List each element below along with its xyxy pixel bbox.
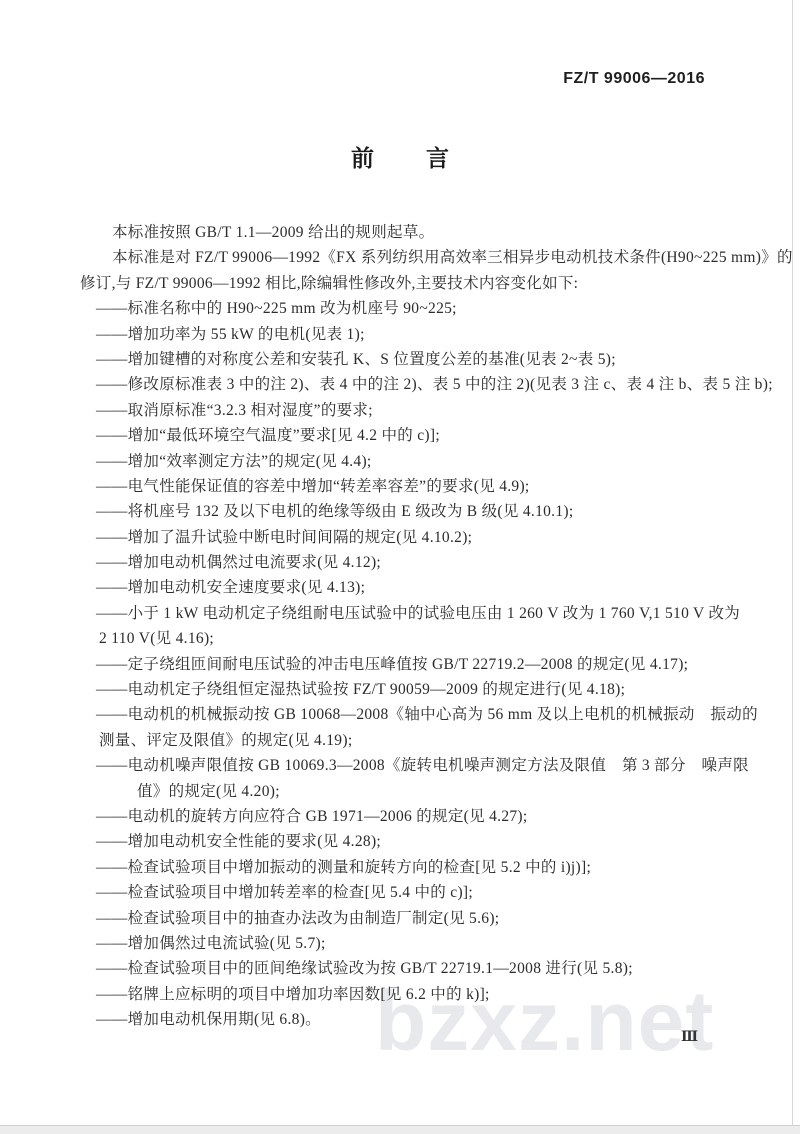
text-line: ——修改原标准表 3 中的注 2)、表 4 中的注 2)、表 5 中的注 2)(… <box>0 372 800 397</box>
text-line: ——检查试验项目中的抽查办法改为由制造厂制定(见 5.6); <box>0 906 800 931</box>
page-bottom-edge <box>0 1125 800 1134</box>
text-line: ——增加键槽的对称度公差和安装孔 K、S 位置度公差的基准(见表 2~表 5); <box>0 347 800 372</box>
text-line: 值》的规定(见 4.20); <box>0 779 800 804</box>
document-page: FZ/T 99006—2016 前言 bzxz.net 本标准按照 GB/T 1… <box>0 0 800 1134</box>
standard-number: FZ/T 99006—2016 <box>563 70 705 88</box>
text-line: ——增加了温升试验中断电时间间隔的规定(见 4.10.2); <box>0 525 800 550</box>
text-line: 修订,与 FZ/T 99006—1992 相比,除编辑性修改外,主要技术内容变化… <box>0 271 800 296</box>
text-line: ——检查试验项目中增加振动的测量和旋转方向的检查[见 5.2 中的 i)j)]; <box>0 855 800 880</box>
foreword-body: 本标准按照 GB/T 1.1—2009 给出的规则起草。本标准是对 FZ/T 9… <box>0 220 800 1033</box>
text-line: ——增加功率为 55 kW 的电机(见表 1); <box>0 322 800 347</box>
text-line: ——增加电动机安全速度要求(见 4.13); <box>0 575 800 600</box>
text-line: ——铭牌上应标明的项目中增加功率因数[见 6.2 中的 k)]; <box>0 982 800 1007</box>
text-line: 2 110 V(见 4.16); <box>0 626 800 651</box>
text-line: ——增加“最低环境空气温度”要求[见 4.2 中的 c)]; <box>0 423 800 448</box>
text-line: ——增加“效率测定方法”的规定(见 4.4); <box>0 449 800 474</box>
text-line: ——电气性能保证值的容差中增加“转差率容差”的要求(见 4.9); <box>0 474 800 499</box>
page-title: 前言 <box>0 140 800 173</box>
text-line: 测量、评定及限值》的规定(见 4.19); <box>0 728 800 753</box>
text-line: 本标准按照 GB/T 1.1—2009 给出的规则起草。 <box>0 220 800 245</box>
text-line: ——检查试验项目中增加转差率的检查[见 5.4 中的 c)]; <box>0 880 800 905</box>
page-right-edge <box>792 0 793 1126</box>
text-line: ——增加电动机安全性能的要求(见 4.28); <box>0 829 800 854</box>
text-line: ——增加电动机偶然过电流要求(见 4.12); <box>0 550 800 575</box>
text-line: 本标准是对 FZ/T 99006—1992《FX 系列纺织用高效率三相异步电动机… <box>0 245 800 270</box>
text-line: ——电动机噪声限值按 GB 10069.3—2008《旋转电机噪声测定方法及限值… <box>0 753 800 778</box>
text-line: ——取消原标准“3.2.3 相对湿度”的要求; <box>0 398 800 423</box>
text-line: ——定子绕组匝间耐电压试验的冲击电压峰值按 GB/T 22719.2—2008 … <box>0 652 800 677</box>
text-line: ——标准名称中的 H90~225 mm 改为机座号 90~225; <box>0 296 800 321</box>
page-number: Ⅲ <box>681 1029 698 1046</box>
text-line: ——电动机定子绕组恒定湿热试验按 FZ/T 90059—2009 的规定进行(见… <box>0 677 800 702</box>
text-line: ——检查试验项目中的匝间绝缘试验改为按 GB/T 22719.1—2008 进行… <box>0 956 800 981</box>
text-line: ——增加偶然过电流试验(见 5.7); <box>0 931 800 956</box>
text-line: ——电动机的旋转方向应符合 GB 1971—2006 的规定(见 4.27); <box>0 804 800 829</box>
text-line: ——电动机的机械振动按 GB 10068—2008《轴中心高为 56 mm 及以… <box>0 702 800 727</box>
text-line: ——将机座号 132 及以下电机的绝缘等级由 E 级改为 B 级(见 4.10.… <box>0 499 800 524</box>
text-line: ——小于 1 kW 电动机定子绕组耐电压试验中的试验电压由 1 260 V 改为… <box>0 601 800 626</box>
text-line: ——增加电动机保用期(见 6.8)。 <box>0 1007 800 1032</box>
